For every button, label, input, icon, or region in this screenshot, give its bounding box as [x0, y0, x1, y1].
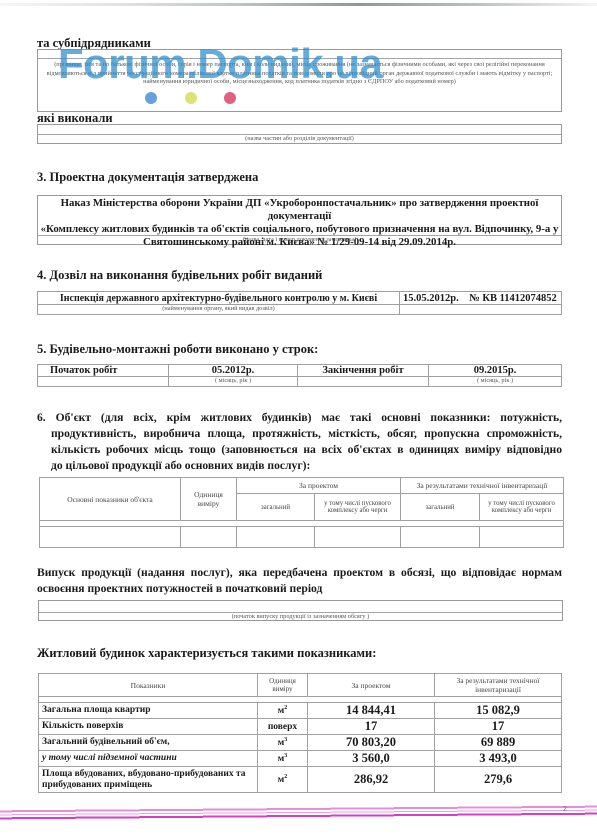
cell-label: Кількість поверхів: [39, 719, 258, 735]
col-unit: Одиниця виміру: [258, 674, 308, 697]
cell-inventory: 3 493,0: [435, 751, 562, 767]
cell-unit: м2: [258, 703, 308, 719]
cell-unit: м3: [258, 751, 308, 767]
unit-exponent: 2: [284, 774, 287, 780]
cell-unit: м3: [258, 735, 308, 751]
housing-heading: Житловий будинок характеризується такими…: [37, 646, 376, 661]
section6-line-2: продуктивність, виробнича площа, протяжн…: [37, 426, 562, 442]
cell-project: 17: [308, 719, 435, 735]
col-inventory: За результатами технічної інвентаризації: [435, 674, 562, 697]
permit-table: Інспекція державного архітектурно-будіве…: [37, 291, 562, 315]
watermark-dot-red: [224, 92, 236, 104]
sub-project-startup: у тому числі пускового комплексу або чер…: [315, 494, 401, 521]
section3-box: Наказ Міністерства оборони України ДП «У…: [37, 195, 562, 245]
section6-line-4: до цільової продукції або основних видів…: [37, 458, 562, 474]
output-heading: Випуск продукції (надання послуг), яка п…: [37, 565, 562, 597]
cell: [40, 527, 181, 548]
permit-date-number: 15.05.2012р. № КВ 11412074852: [400, 292, 562, 305]
start-value: 05.2012р.: [169, 365, 298, 377]
cell: [480, 527, 564, 548]
watermark-logo: Forum.Domik.ua: [58, 43, 382, 85]
start-label: Початок робіт: [38, 365, 169, 377]
cell: [401, 527, 480, 548]
cell-inventory: 279,6: [435, 767, 562, 793]
permit-number: № КВ 11412074852: [469, 293, 557, 304]
cell: [181, 527, 237, 548]
cell-label: у тому числі підземної частини: [39, 751, 258, 767]
cell-unit: поверх: [258, 719, 308, 735]
watermark-dot-blue: [145, 92, 157, 104]
end-label: Закінчення робіт: [298, 365, 429, 377]
section3-heading: 3. Проектна документація затверджена: [37, 170, 258, 185]
unit-exponent: 2: [284, 705, 287, 711]
section6-heading: 6. Об'єкт (для всіх, крім житлових будин…: [37, 410, 562, 474]
cell-inventory: 69 889: [435, 735, 562, 751]
sub-inventory-total: загальний: [401, 494, 480, 521]
section6-line-1: 6. Об'єкт (для всіх, крім житлових будин…: [37, 410, 562, 426]
end-caption: ( місяць, рік ): [429, 377, 562, 387]
permit-date: 15.05.2012р.: [403, 293, 459, 304]
unit-exponent: 3: [284, 737, 287, 743]
watermark-dot-yellow: [185, 92, 197, 104]
sub-project-total: загальний: [237, 494, 315, 521]
col-unit: Одиниця виміру: [181, 478, 237, 521]
works-period-table: Початок робіт 05.2012р. Закінчення робіт…: [37, 364, 562, 387]
col-indicator: Основні показники об'єкта: [40, 478, 181, 521]
end-value: 09.2015р.: [429, 365, 562, 377]
cell-label: Загальний будівельний об'єм,: [39, 735, 258, 751]
cell-label: Площа вбудованих, вбудовано-прибудованих…: [39, 767, 258, 793]
cell: [237, 527, 315, 548]
cell-label: Загальна площа квартир: [39, 703, 258, 719]
performed-box: (назва частин або розділів документації): [37, 124, 562, 144]
cell: [315, 527, 401, 548]
output-line-1: Випуск продукції (надання послуг), яка п…: [37, 565, 562, 581]
page-number: 2: [563, 806, 567, 813]
section3-line-1: Наказ Міністерства оборони України ДП «У…: [38, 197, 561, 223]
permit-caption: (найменування органу, який видав дозвіл): [38, 305, 400, 315]
cell-project: 14 844,41: [308, 703, 435, 719]
scan-edge-artifact: [0, 3, 597, 6]
output-value: [39, 601, 562, 612]
scan-color-band: [0, 804, 597, 821]
output-caption: (початок випуску продукції із зазначення…: [39, 613, 562, 622]
unit-exponent: 3: [284, 753, 287, 759]
table-row: [40, 527, 564, 548]
housing-table: Показники Одиниця виміру За проектом За …: [38, 673, 562, 793]
cell-project: 286,92: [308, 767, 435, 793]
unit-text: поверх: [268, 722, 297, 732]
object-indicators-table: Основні показники об'єкта Одиниця виміру…: [39, 477, 564, 548]
cell-inventory: 17: [435, 719, 562, 735]
group-inventory: За результатами технічної інвентаризації: [401, 478, 564, 494]
cell-project: 3 560,0: [308, 751, 435, 767]
cell-unit: м2: [258, 767, 308, 793]
table-row: Загальна площа квартирм214 844,4115 082,…: [39, 703, 562, 719]
cell-inventory: 15 082,9: [435, 703, 562, 719]
sub-inventory-startup: у тому числі пускового комплексу або чер…: [480, 494, 564, 521]
performed-caption: (назва частин або розділів документації): [38, 135, 561, 144]
table-row: Кількість поверхівповерх1717: [39, 719, 562, 735]
section6-line-3: кількість робочих місць тощо (заповнюєть…: [37, 442, 562, 458]
table-row: у тому числі підземної частиним33 560,03…: [39, 751, 562, 767]
performed-value: [38, 125, 561, 134]
output-line-2: освоєння проектних потужностей в початко…: [37, 581, 562, 597]
group-project: За проектом: [237, 478, 401, 494]
permit-authority: Інспекція державного архітектурно-будіве…: [38, 292, 400, 305]
output-box: (початок випуску продукції із зазначення…: [38, 600, 563, 621]
col-project: За проектом: [308, 674, 435, 697]
start-caption: ( місяць, рік ): [169, 377, 298, 387]
table-row: Загальний будівельний об'єм,м370 803,206…: [39, 735, 562, 751]
table-row: Площа вбудованих, вбудовано-прибудованих…: [39, 767, 562, 793]
section5-heading: 5. Будівельно-монтажні роботи виконано у…: [37, 342, 318, 357]
section4-heading: 4. Дозвіл на виконання будівельних робіт…: [37, 268, 322, 283]
col-indicators: Показники: [39, 674, 258, 697]
cell-project: 70 803,20: [308, 735, 435, 751]
section3-caption: (назва, дата і номер документа замовника…: [38, 236, 561, 245]
